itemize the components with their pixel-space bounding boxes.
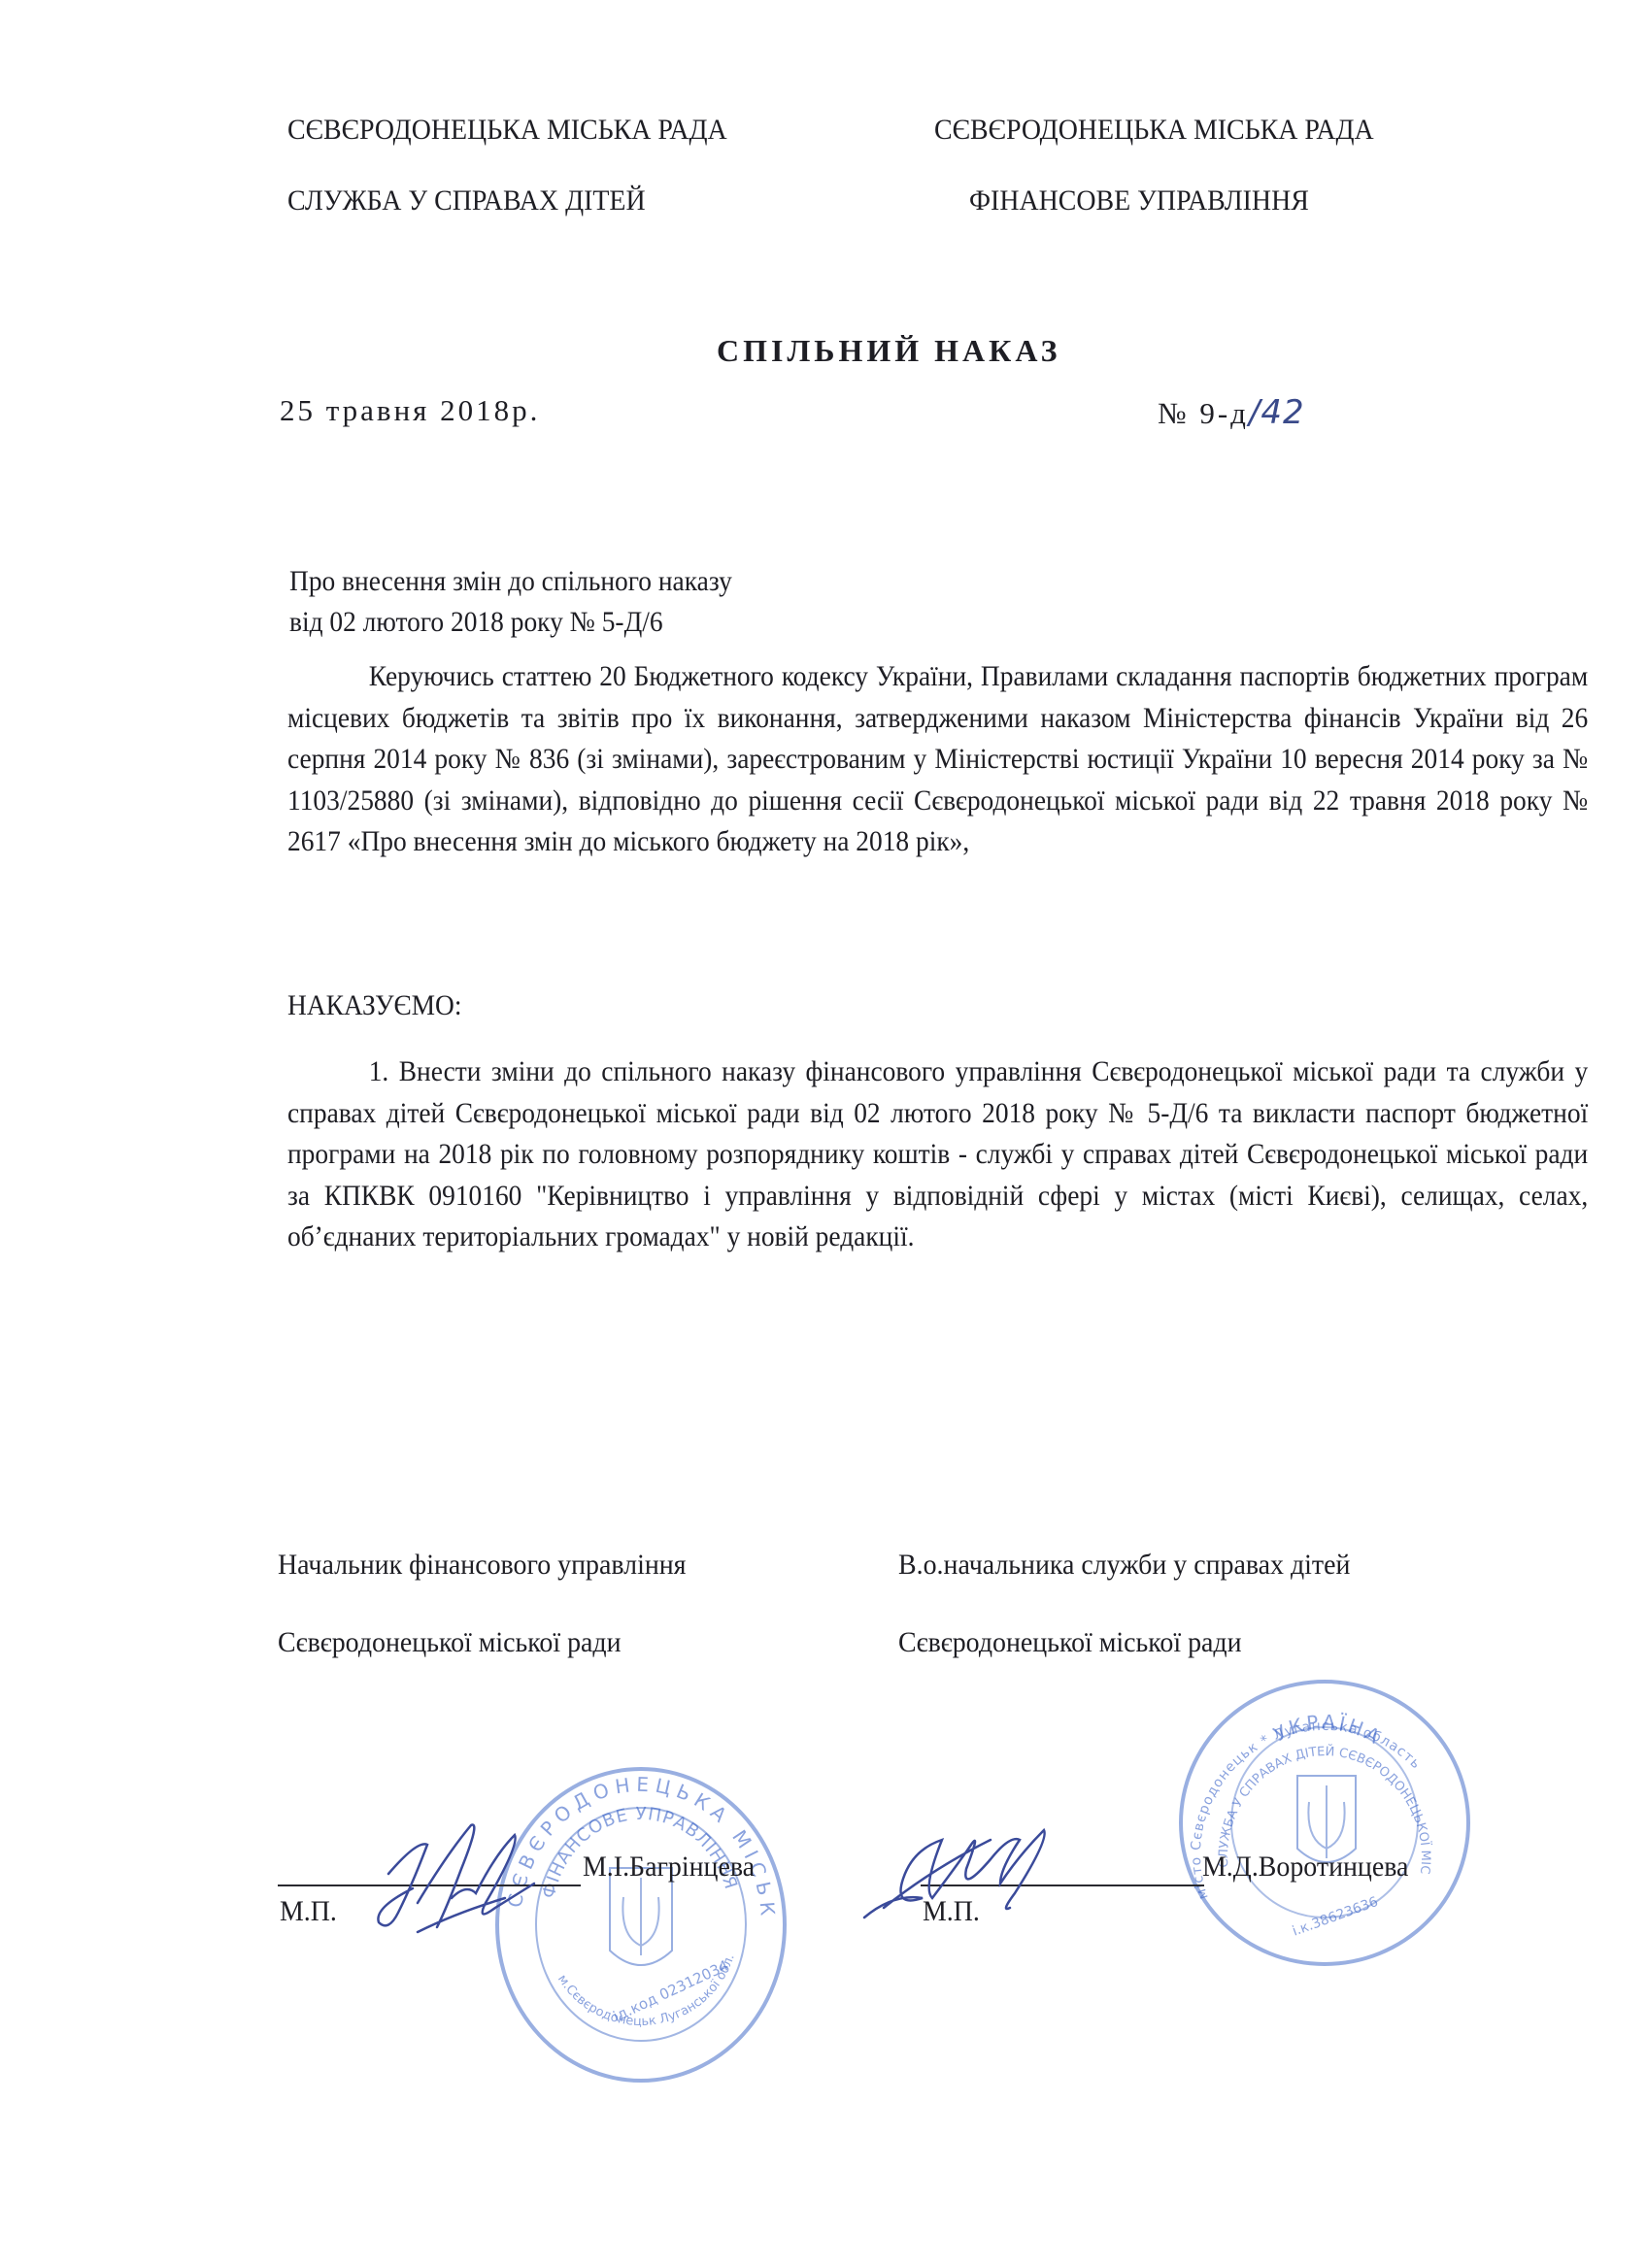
subject-line-1: Про внесення змін до спільного наказу [289,561,732,603]
subject-line-2: від 02 лютого 2018 року № 5-Д/6 [289,602,663,644]
preamble-paragraph: Керуючись статтею 20 Бюджетного кодексу … [287,656,1588,863]
document-number-printed: № 9-д [1158,396,1249,430]
header-right-council: СЄВЄРОДОНЕЦЬКА МІСЬКА РАДА [934,114,1374,147]
document-number: № 9-д/42 [1158,393,1305,432]
left-signatory-position-1: Начальник фінансового управління [278,1549,687,1582]
left-seal-label: М.П. [280,1895,337,1928]
header-left-council: СЄВЄРОДОНЕЦЬКА МІСЬКА РАДА [287,114,727,147]
header-left-department: СЛУЖБА У СПРАВАХ ДІТЕЙ [287,184,646,217]
right-signatory-position-2: Сєвєродонецької міської ради [898,1626,1242,1659]
right-handwritten-signature [855,1801,1078,1927]
document-number-handwritten: /42 [1249,393,1305,432]
right-signatory-position-1: В.о.начальника служби у справах дітей [898,1549,1350,1582]
right-stamp-graphic: УКРАЇНА СЛУЖБА У СПРАВАХ ДІТЕЙ СЄВЄРОДОН… [1183,1684,1466,1962]
left-signatory-position-2: Сєвєродонецької міської ради [278,1626,622,1659]
left-signatory-name: М.І.Багрінцева [583,1851,755,1884]
right-official-stamp: УКРАЇНА СЛУЖБА У СПРАВАХ ДІТЕЙ СЄВЄРОДОН… [1179,1680,1470,1966]
order-item-1: 1. Внести зміни до спільного наказу фіна… [287,1051,1588,1258]
document-date: 25 травня 2018р. [280,393,540,428]
right-signatory-name: М.Д.Воротинцева [1202,1851,1408,1884]
order-heading: НАКАЗУЄМО: [287,985,461,1027]
document-title: СПІЛЬНИЙ НАКАЗ [717,333,1061,369]
left-handwritten-signature [359,1816,583,1942]
svg-text:і.к.38623636: і.к.38623636 [1291,1894,1380,1940]
header-right-department: ФІНАНСОВЕ УПРАВЛІННЯ [969,184,1309,217]
